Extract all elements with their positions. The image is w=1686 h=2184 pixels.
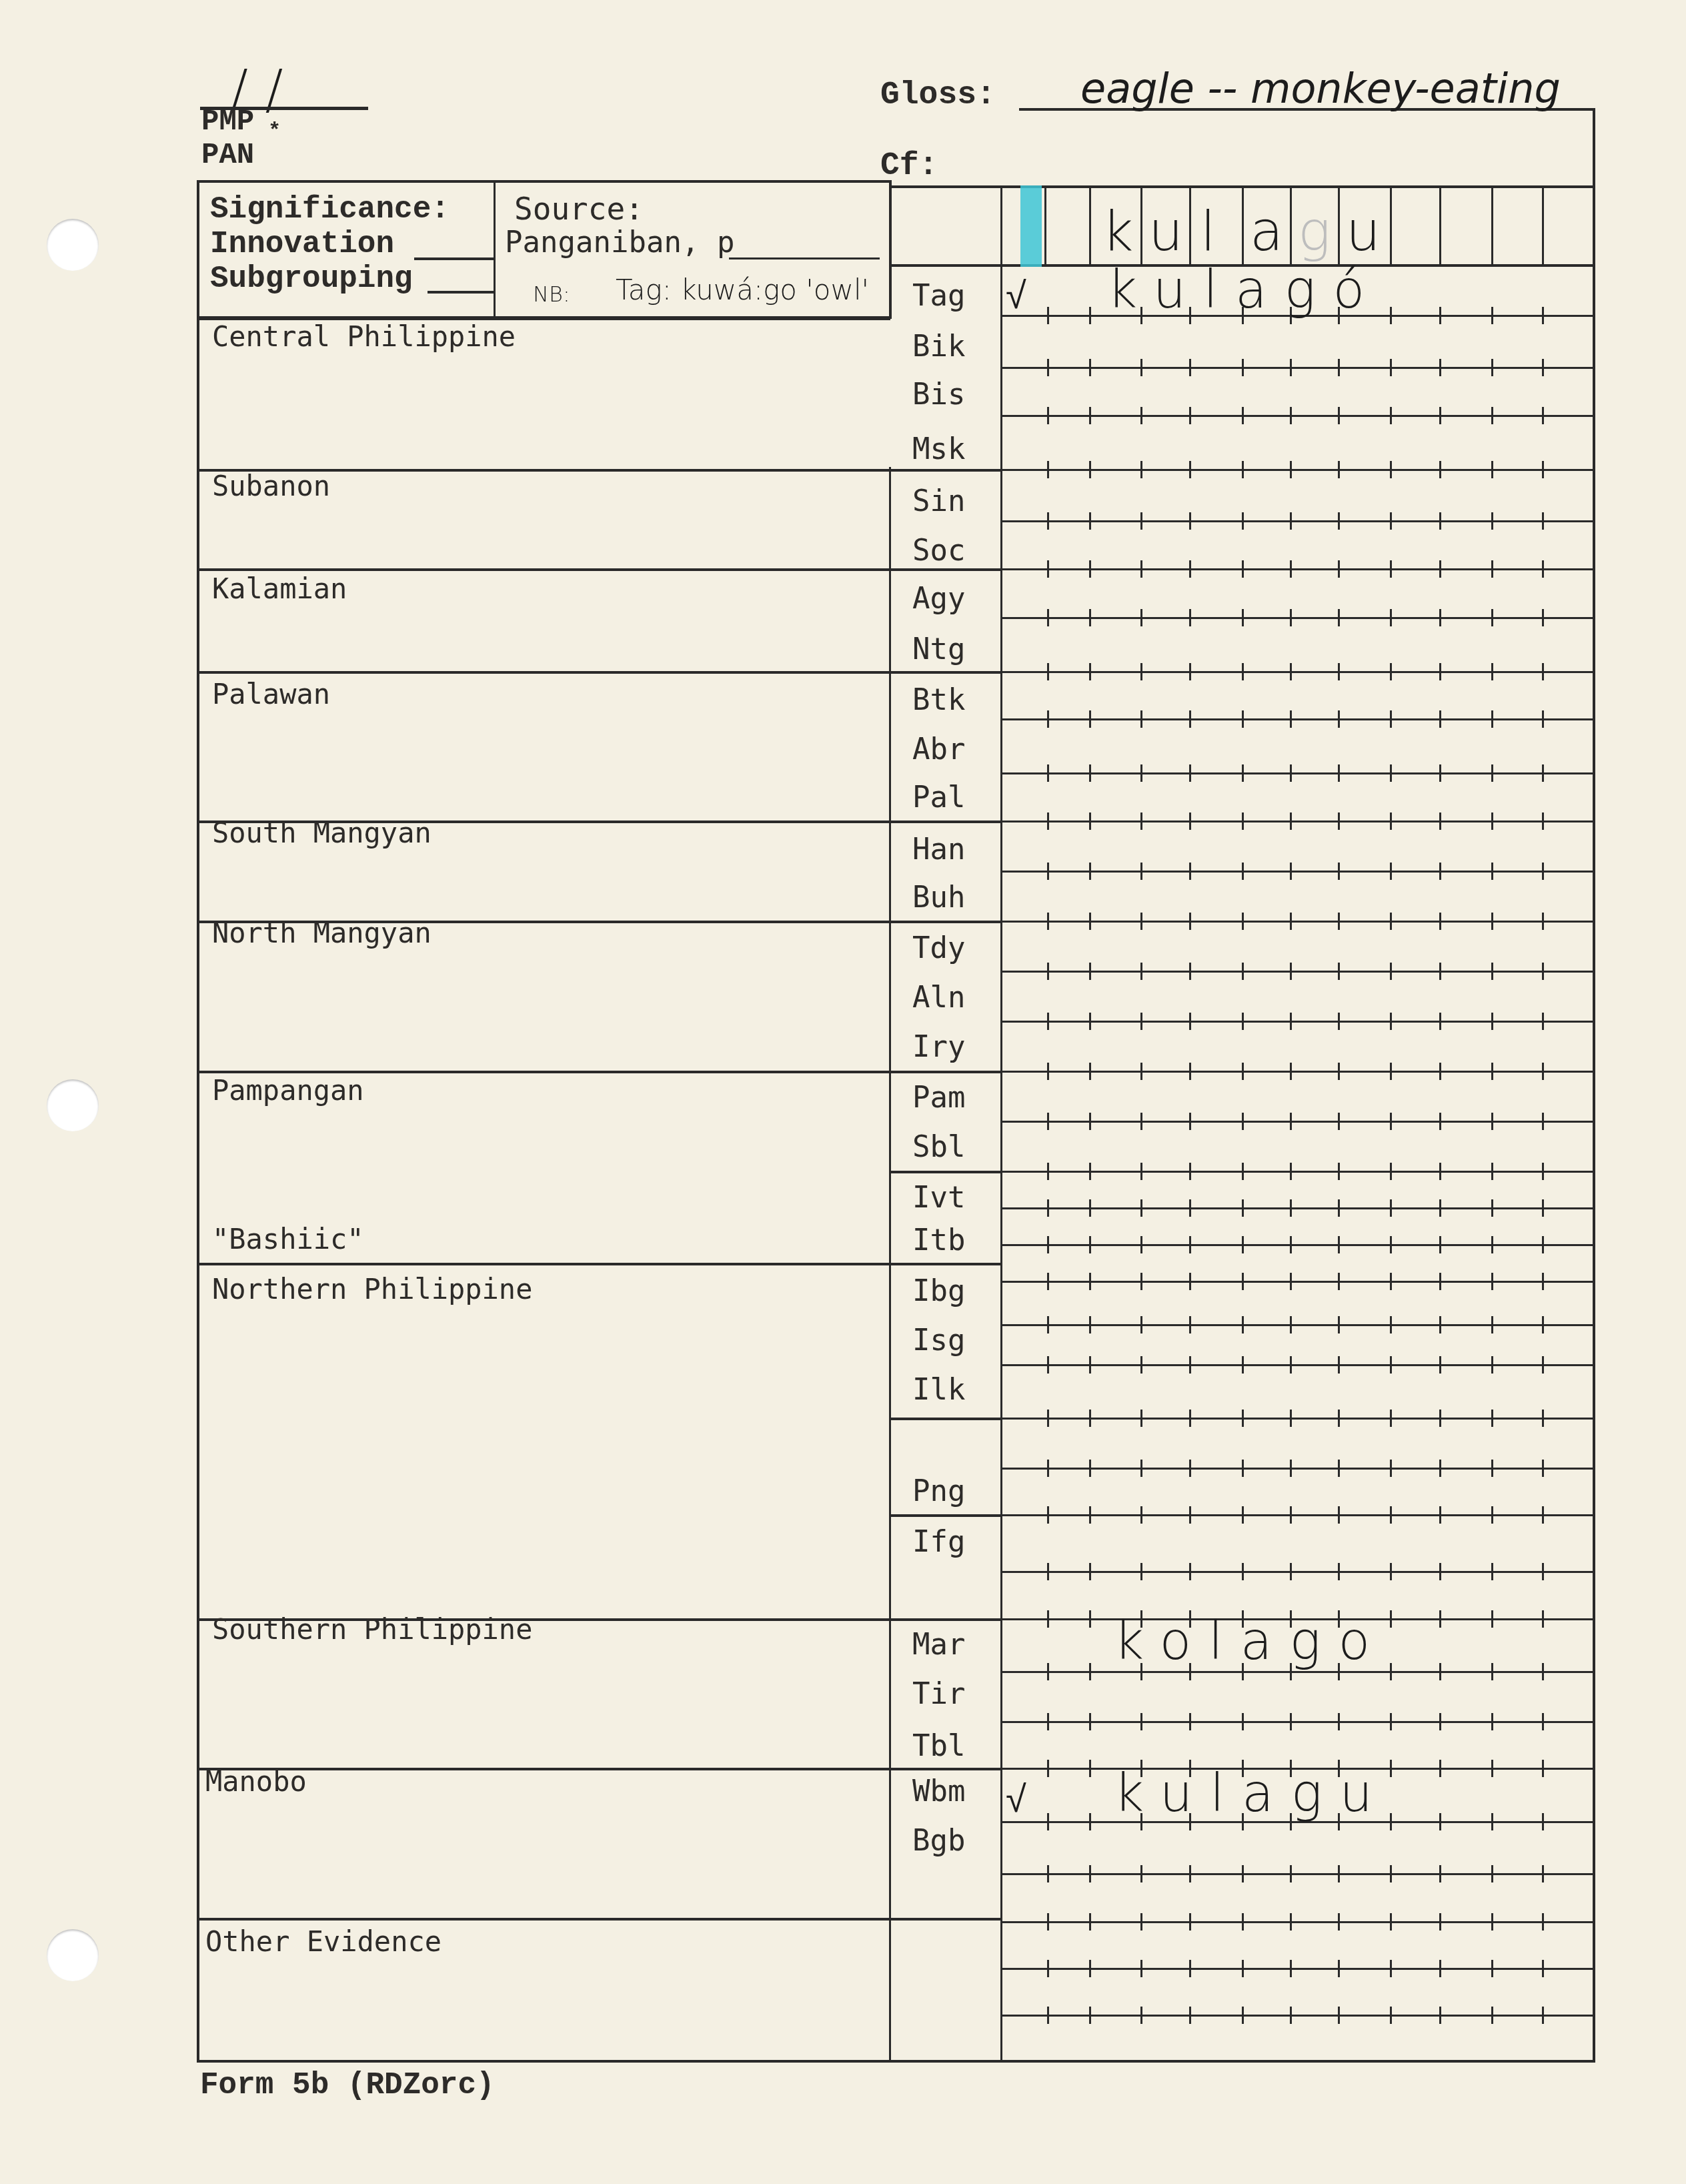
entry-tick-mark — [1338, 1063, 1340, 1080]
lang-abbr-ilk: Ilk — [912, 1373, 986, 1407]
entry-tick-mark — [1089, 663, 1091, 680]
entry-tick-mark — [1089, 307, 1091, 324]
group-label-palawan: Palawan — [212, 678, 330, 710]
subgroup-separator — [889, 1418, 1000, 1420]
entry-tick-mark — [1390, 1013, 1392, 1030]
entry-tick-mark — [1390, 913, 1392, 930]
entry-tick-mark — [1089, 1813, 1091, 1830]
entry-tick-mark — [1047, 1236, 1049, 1253]
entry-tick-mark — [1491, 1760, 1493, 1777]
entry-tick-mark — [1189, 609, 1191, 626]
entry-tick-mark — [1047, 1013, 1049, 1030]
entry-tick-mark — [1047, 2007, 1049, 2024]
entry-tick-mark — [1290, 913, 1292, 930]
entry-tick-mark — [1491, 963, 1493, 980]
entry-tick-mark — [1439, 1460, 1441, 1477]
entry-tick-mark — [1089, 1506, 1091, 1524]
entry-tick-mark — [1439, 512, 1441, 530]
entry-tick-mark — [1089, 1760, 1091, 1777]
source-title: Source: — [514, 191, 644, 227]
entry-tick-mark — [1089, 2007, 1091, 2024]
entry-tick-mark — [1140, 1960, 1142, 1977]
entry-tick-mark — [1089, 1610, 1091, 1628]
entry-tick-mark — [1242, 1960, 1244, 1977]
entry-tick-mark — [1242, 1013, 1244, 1030]
gloss-value[interactable]: eagle -- monkey-eating — [1080, 64, 1561, 113]
entry-tick-mark — [1140, 963, 1142, 980]
entry-tick-mark — [1047, 1663, 1049, 1680]
highlight-marker — [1020, 185, 1042, 267]
form-footer-label: Form 5b (RDZorc) — [200, 2068, 495, 2103]
reconstruction-star: * — [268, 119, 281, 143]
entry-tick-mark — [1189, 1356, 1191, 1374]
entry-tick-mark — [1439, 560, 1441, 578]
entry-tick-mark — [1390, 512, 1392, 530]
entry-tick-mark — [1047, 1410, 1049, 1427]
entry-tick-mark — [1491, 1865, 1493, 1882]
lang-abbr-tag: Tag — [912, 279, 986, 313]
lang-abbr-iry: Iry — [912, 1030, 986, 1064]
entry-tick-mark — [1089, 1316, 1091, 1333]
frame-left-edge — [197, 319, 199, 2061]
entry-tick-mark — [1089, 609, 1091, 626]
lang-abbr-buh: Buh — [912, 881, 986, 915]
entry-tick-mark — [1047, 1865, 1049, 1882]
entry-tick-mark — [1338, 863, 1340, 880]
entry-tick-mark — [1491, 764, 1493, 782]
lang-abbr-btk: Btk — [912, 683, 986, 717]
entry-tick-mark — [1290, 359, 1292, 376]
group-label-northern-philippine: Northern Philippine — [212, 1273, 532, 1305]
entry-tick-mark — [1390, 1063, 1392, 1080]
entry-tick-mark — [1390, 1563, 1392, 1580]
entry-tick-mark — [1242, 1063, 1244, 1080]
entry-tick-mark — [1439, 307, 1441, 324]
entry-tick-mark — [1491, 1813, 1493, 1830]
entry-tick-mark — [1242, 863, 1244, 880]
entry-tick-mark — [1491, 1563, 1493, 1580]
entry-tick-mark — [1290, 1273, 1292, 1290]
lang-abbr-bis: Bis — [912, 378, 986, 412]
entry-tick-mark — [1189, 764, 1191, 782]
entry-tick-mark — [1491, 1960, 1493, 1977]
entry-tick-mark — [1290, 1865, 1292, 1882]
lang-abbr-isg: Isg — [912, 1323, 986, 1357]
group-label-south-mangyan: South Mangyan — [212, 816, 432, 849]
entry-tick-mark — [1047, 764, 1049, 782]
entry-tick-mark — [1140, 560, 1142, 578]
entry-tick-mark — [1439, 863, 1441, 880]
entry-tick-mark — [1140, 1356, 1142, 1374]
entry-tick-mark — [1189, 407, 1191, 424]
entry-tick-mark — [1542, 1410, 1544, 1427]
entry-tick-mark — [1390, 764, 1392, 782]
entry-tick-mark — [1491, 1713, 1493, 1730]
recon-letter-a: a — [1250, 200, 1283, 263]
recon-letter-u-final: u — [1346, 200, 1381, 263]
entry-tick-mark — [1290, 1013, 1292, 1030]
entry-tick-mark — [1140, 663, 1142, 680]
entry-tick-mark — [1491, 663, 1493, 680]
entry-tick-mark — [1242, 359, 1244, 376]
nb-label: NB: — [533, 282, 570, 307]
tag-checkmark: √ — [1006, 274, 1026, 318]
entry-tick-mark — [1390, 1236, 1392, 1253]
group-label-manobo: Manobo — [205, 1765, 307, 1798]
entry-tick-mark — [1290, 863, 1292, 880]
entry-tick-mark — [1390, 1460, 1392, 1477]
entry-tick-mark — [1189, 359, 1191, 376]
entry-tick-mark — [1542, 1356, 1544, 1374]
entry-tick-mark — [1439, 1199, 1441, 1217]
entry-tick-mark — [1439, 1316, 1441, 1333]
entry-tick-mark — [1140, 863, 1142, 880]
subgrouping-label: Subgrouping — [210, 261, 413, 296]
entry-tick-mark — [1439, 1063, 1441, 1080]
entry-tick-mark — [1542, 359, 1544, 376]
entry-tick-mark — [1189, 1913, 1191, 1931]
entry-tick-mark — [1491, 1356, 1493, 1374]
entry-tick-mark — [1140, 812, 1142, 830]
entry-tick-mark — [1491, 307, 1493, 324]
entry-tick-mark — [1140, 512, 1142, 530]
entry-tick-mark — [1338, 1460, 1340, 1477]
entry-tick-mark — [1047, 1960, 1049, 1977]
entry-tick-mark — [1290, 1563, 1292, 1580]
lang-abbr-wbm: Wbm — [912, 1774, 986, 1808]
entry-tick-mark — [1047, 913, 1049, 930]
entry-tick-mark — [1290, 1199, 1292, 1217]
entry-tick-mark — [1189, 1273, 1191, 1290]
entry-tick-mark — [1542, 609, 1544, 626]
entry-tick-mark — [1047, 407, 1049, 424]
lang-abbr-ivt: Ivt — [912, 1181, 986, 1215]
source-box: Source: Panganiban, p NB: Tag: kuwá:go '… — [494, 180, 892, 319]
entry-tick-mark — [1242, 461, 1244, 478]
entry-tick-mark — [1290, 812, 1292, 830]
entry-tick-mark — [1189, 512, 1191, 530]
group-separator — [197, 671, 1000, 674]
lang-abbr-ifg: Ifg — [912, 1525, 986, 1559]
entry-tick-mark — [1390, 663, 1392, 680]
entry-tick-mark — [1242, 609, 1244, 626]
entry-tick-mark — [1089, 1663, 1091, 1680]
entry-tick-mark — [1491, 560, 1493, 578]
entry-tick-mark — [1542, 1113, 1544, 1130]
entry-tick-mark — [1338, 1713, 1340, 1730]
entry-tick-mark — [1189, 1013, 1191, 1030]
entry-tick-mark — [1542, 1663, 1544, 1680]
entry-tick-mark — [1290, 1163, 1292, 1180]
entry-tick-mark — [1140, 359, 1142, 376]
entry-tick-mark — [1047, 1316, 1049, 1333]
entry-tick-mark — [1542, 1865, 1544, 1882]
entry-tick-mark — [1089, 1113, 1091, 1130]
entry-tick-mark — [1491, 1236, 1493, 1253]
entry-tick-mark — [1242, 1236, 1244, 1253]
entry-tick-mark — [1242, 1506, 1244, 1524]
entry-tick-mark — [1390, 609, 1392, 626]
lang-abbr-tbl: Tbl — [912, 1729, 986, 1763]
entry-tick-mark — [1140, 609, 1142, 626]
entry-tick-mark — [1140, 1506, 1142, 1524]
entry-tick-mark — [1242, 663, 1244, 680]
lang-abbr-ibg: Ibg — [912, 1274, 986, 1308]
lang-abbr-pam: Pam — [912, 1081, 986, 1115]
entry-tick-mark — [1140, 764, 1142, 782]
entry-tick-mark — [1390, 1273, 1392, 1290]
lang-abbr-soc: Soc — [912, 534, 986, 568]
entry-tick-mark — [1439, 963, 1441, 980]
punch-hole-bottom — [47, 1929, 99, 1981]
entry-tick-mark — [1189, 710, 1191, 728]
entry-tick-mark — [1439, 1913, 1441, 1931]
entry-tick-mark — [1338, 359, 1340, 376]
lang-abbr-pal: Pal — [912, 780, 986, 814]
innovation-field[interactable] — [414, 257, 494, 260]
entry-tick-mark — [1189, 963, 1191, 980]
recon-letter-k: k — [1102, 200, 1134, 263]
entry-tick-mark — [1390, 1813, 1392, 1830]
entry-tick-mark — [1338, 663, 1340, 680]
group-label-central-philippine: Central Philippine — [212, 320, 516, 353]
grid-cell-divider — [1089, 185, 1091, 264]
entry-tick-mark — [1542, 1273, 1544, 1290]
entry-tick-mark — [1242, 710, 1244, 728]
entry-tick-mark — [1290, 560, 1292, 578]
entry-tick-mark — [1242, 1865, 1244, 1882]
entry-tick-mark — [1290, 1960, 1292, 1977]
entry-tick-mark — [1290, 710, 1292, 728]
entry-tick-mark — [1189, 1113, 1191, 1130]
entry-tick-mark — [1439, 359, 1441, 376]
lang-abbr-itb: Itb — [912, 1223, 986, 1257]
entry-tick-mark — [1290, 407, 1292, 424]
entry-tick-mark — [1491, 1610, 1493, 1628]
grid-cell-divider — [1044, 185, 1046, 264]
entry-tick-mark — [1242, 963, 1244, 980]
entry-tick-mark — [1542, 1960, 1544, 1977]
entry-tick-mark — [1242, 1713, 1244, 1730]
entry-tick-mark — [1542, 1760, 1544, 1777]
lang-abbr-aln: Aln — [912, 981, 986, 1015]
grid-cell-divider — [1491, 185, 1493, 264]
entry-tick-mark — [1542, 1913, 1544, 1931]
entry-tick-mark — [1089, 963, 1091, 980]
group-separator — [197, 1768, 1000, 1770]
entry-tick-mark — [1542, 663, 1544, 680]
lang-abbr-han: Han — [912, 833, 986, 867]
entry-tick-mark — [1390, 461, 1392, 478]
source-page-field[interactable] — [729, 257, 880, 259]
gloss-label: Gloss: — [880, 77, 996, 113]
entry-tick-mark — [1338, 609, 1340, 626]
entry-tick-mark — [1089, 812, 1091, 830]
entry-tick-mark — [1338, 2007, 1340, 2024]
wbm-checkmark: √ — [1006, 1777, 1026, 1821]
entry-tick-mark — [1390, 1663, 1392, 1680]
entry-tick-mark — [1047, 1163, 1049, 1180]
entry-tick-mark — [1390, 812, 1392, 830]
entry-tick-mark — [1491, 512, 1493, 530]
entry-tick-mark — [1242, 407, 1244, 424]
entry-tick-mark — [1439, 764, 1441, 782]
entry-tick-mark — [1491, 1316, 1493, 1333]
entry-tick-mark — [1047, 1913, 1049, 1931]
entry-tick-mark — [1140, 710, 1142, 728]
entry-tick-mark — [1338, 1865, 1340, 1882]
entry-tick-mark — [1242, 812, 1244, 830]
entry-tick-mark — [1542, 764, 1544, 782]
entry-tick-mark — [1390, 407, 1392, 424]
entry-tick-mark — [1047, 1713, 1049, 1730]
entry-tick-mark — [1338, 1013, 1340, 1030]
entry-tick-mark — [1390, 560, 1392, 578]
mar-entry-form[interactable]: kolago — [1114, 1612, 1387, 1672]
entry-tick-mark — [1089, 359, 1091, 376]
entry-tick-mark — [1439, 1273, 1441, 1290]
entry-tick-mark — [1390, 1113, 1392, 1130]
entry-tick-mark — [1140, 1273, 1142, 1290]
entry-tick-mark — [1242, 512, 1244, 530]
wbm-entry-form[interactable]: kulagu — [1114, 1764, 1390, 1824]
entry-tick-mark — [1290, 1356, 1292, 1374]
entry-tick-mark — [1439, 663, 1441, 680]
grid-cell-divider — [1189, 185, 1191, 264]
grid-cell-divider — [1140, 185, 1142, 264]
entry-tick-mark — [1242, 560, 1244, 578]
entry-tick-mark — [1338, 1506, 1340, 1524]
entry-tick-mark — [1491, 407, 1493, 424]
entry-tick-mark — [1189, 1063, 1191, 1080]
entry-tick-mark — [1047, 1199, 1049, 1217]
entry-tick-mark — [1390, 1410, 1392, 1427]
entry-tick-mark — [1189, 560, 1191, 578]
entry-tick-mark — [1047, 461, 1049, 478]
entry-tick-mark — [1189, 1236, 1191, 1253]
entry-tick-mark — [1491, 1460, 1493, 1477]
entry-tick-mark — [1089, 1013, 1091, 1030]
entry-tick-mark — [1140, 1316, 1142, 1333]
entry-tick-mark — [1140, 1113, 1142, 1130]
entry-tick-mark — [1439, 710, 1441, 728]
subgroup-separator — [889, 1171, 1000, 1173]
recon-letter-g-faint: g — [1298, 200, 1331, 263]
entry-tick-mark — [1542, 1506, 1544, 1524]
entry-tick-mark — [1047, 609, 1049, 626]
entry-tick-mark — [1390, 1316, 1392, 1333]
form-bottom-line — [197, 2060, 1594, 2063]
entry-tick-mark — [1439, 1236, 1441, 1253]
entry-tick-mark — [1047, 1563, 1049, 1580]
entry-tick-mark — [1542, 461, 1544, 478]
entry-tick-mark — [1242, 1460, 1244, 1477]
entry-tick-mark — [1242, 764, 1244, 782]
entry-tick-mark — [1089, 560, 1091, 578]
entry-tick-mark — [1290, 1113, 1292, 1130]
entry-tick-mark — [1338, 1316, 1340, 1333]
lang-abbr-tir: Tir — [912, 1677, 986, 1711]
entry-tick-mark — [1242, 1356, 1244, 1374]
entry-tick-mark — [1338, 1563, 1340, 1580]
entry-tick-mark — [1439, 407, 1441, 424]
entry-tick-mark — [1047, 963, 1049, 980]
entry-tick-mark — [1390, 1356, 1392, 1374]
entry-tick-mark — [1439, 1013, 1441, 1030]
subgrouping-field[interactable] — [428, 291, 494, 294]
entry-tick-mark — [1338, 1356, 1340, 1374]
entry-tick-mark — [1338, 764, 1340, 782]
entry-tick-mark — [1439, 1865, 1441, 1882]
entry-tick-mark — [1338, 1199, 1340, 1217]
grid-cell-divider — [1439, 185, 1441, 264]
group-separator — [197, 1263, 1000, 1265]
entry-tick-mark — [1542, 1316, 1544, 1333]
entry-tick-mark — [1390, 1760, 1392, 1777]
entry-tick-mark — [1047, 1113, 1049, 1130]
entry-tick-mark — [1338, 963, 1340, 980]
entry-tick-mark — [1439, 461, 1441, 478]
entry-tick-mark — [1047, 812, 1049, 830]
entry-tick-mark — [1140, 461, 1142, 478]
entry-tick-mark — [1089, 1199, 1091, 1217]
recon-letter-u: u — [1148, 200, 1183, 263]
tag-entry-form[interactable]: kulagó — [1107, 260, 1382, 320]
grid-cell-divider — [1542, 185, 1544, 264]
entry-tick-mark — [1047, 307, 1049, 324]
entry-tick-mark — [1242, 2007, 1244, 2024]
entry-tick-mark — [1242, 1913, 1244, 1931]
entry-tick-mark — [1491, 710, 1493, 728]
entry-tick-mark — [1089, 1410, 1091, 1427]
significance-box: Significance: Innovation Subgrouping — [197, 180, 496, 319]
entry-tick-mark — [1290, 1913, 1292, 1931]
entry-tick-mark — [1140, 1063, 1142, 1080]
entry-tick-mark — [1390, 307, 1392, 324]
group-label-kalamian: Kalamian — [212, 572, 347, 605]
entry-tick-mark — [1439, 812, 1441, 830]
entry-tick-mark — [1290, 609, 1292, 626]
entry-tick-mark — [1189, 663, 1191, 680]
entry-tick-mark — [1047, 1063, 1049, 1080]
lang-abbr-png: Png — [912, 1474, 986, 1508]
entry-tick-mark — [1390, 1960, 1392, 1977]
entry-tick-mark — [1089, 710, 1091, 728]
entry-tick-mark — [1390, 963, 1392, 980]
source-value: Panganiban, p — [505, 225, 734, 259]
entry-tick-mark — [1242, 1163, 1244, 1180]
entry-tick-mark — [1338, 1410, 1340, 1427]
entry-tick-mark — [1439, 1356, 1441, 1374]
entry-tick-mark — [1439, 1760, 1441, 1777]
entry-tick-mark — [1390, 1199, 1392, 1217]
entry-tick-mark — [1047, 359, 1049, 376]
entry-tick-mark — [1242, 1113, 1244, 1130]
entry-tick-mark — [1189, 913, 1191, 930]
entry-tick-mark — [1491, 1506, 1493, 1524]
entry-tick-mark — [1338, 1913, 1340, 1931]
entry-tick-mark — [1439, 1563, 1441, 1580]
entry-tick-mark — [1140, 1713, 1142, 1730]
entry-tick-mark — [1189, 1410, 1191, 1427]
entry-tick-mark — [1390, 1610, 1392, 1628]
entry-tick-mark — [1189, 2007, 1191, 2024]
innovation-label: Innovation — [210, 227, 394, 261]
entry-tick-mark — [1390, 1713, 1392, 1730]
group-label-southern-philippine: Southern Philippine — [212, 1613, 532, 1646]
entry-tick-mark — [1047, 863, 1049, 880]
entry-tick-mark — [1140, 1563, 1142, 1580]
